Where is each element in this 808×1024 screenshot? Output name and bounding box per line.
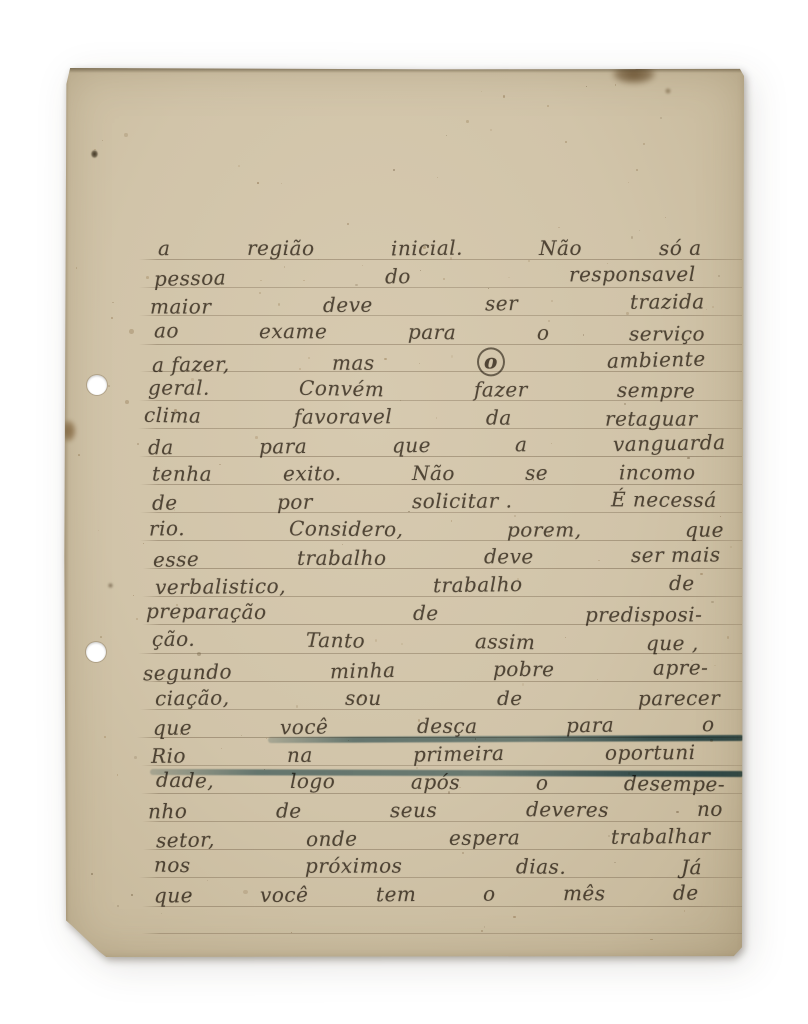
handwriting-word: rio.: [149, 516, 185, 541]
handwriting-word: geral.: [148, 375, 210, 400]
handwriting-word: deve: [323, 293, 373, 318]
paper-freckle: [91, 873, 93, 875]
handwriting-line: aregiãoinicial.Nãosó a: [158, 236, 701, 261]
paper-freckle: [137, 443, 139, 445]
handwriting-line: pessoadoresponsavel: [153, 262, 695, 292]
handwriting-word: segundo: [143, 659, 233, 686]
handwriting-word: se: [525, 460, 548, 485]
paper-freckle: [558, 227, 560, 229]
handwriting-word: região: [247, 236, 315, 261]
paper-freckle: [238, 165, 240, 167]
punch-hole: [87, 375, 107, 395]
stain-mark: [612, 64, 656, 84]
paper-freckle: [112, 302, 114, 304]
handwriting-word: trabalho: [296, 546, 386, 571]
paper-freckle: [124, 133, 127, 137]
handwriting-word: oportuni: [605, 740, 696, 766]
paper-freckle: [481, 91, 482, 92]
handwriting-word: solicitar .: [411, 488, 512, 514]
handwriting-word: tenha: [152, 461, 212, 486]
handwriting-line: quevocêtemomêsde: [154, 881, 699, 909]
handwriting-word: trazida: [630, 290, 705, 315]
handwriting-word: mas: [332, 351, 375, 376]
paper-freckle: [706, 309, 707, 310]
handwriting-word: de: [413, 601, 439, 626]
handwriting-line: rio.Considero,porem,que: [149, 516, 724, 543]
paper-freckle: [94, 149, 96, 151]
handwriting-word: favoravel: [294, 404, 392, 429]
handwriting-word: onde: [306, 827, 358, 853]
paper-freckle: [437, 177, 438, 178]
handwriting-line: nhodeseusdeveresno: [148, 797, 723, 824]
paper-freckle: [720, 516, 721, 517]
paper-freckle: [700, 573, 702, 575]
handwriting-word: clima: [143, 402, 201, 428]
paper-freckle: [503, 95, 505, 98]
handwriting-word: para: [259, 434, 307, 460]
paper-freckle: [257, 182, 259, 184]
rule-line: [142, 933, 742, 934]
handwriting-line: geral.Convémfazersempre: [148, 375, 696, 403]
paper-freckle: [687, 457, 689, 460]
handwriting-line: nospróximosdias.Já: [154, 853, 702, 880]
handwriting-line: deporsolicitar .É necessá: [151, 487, 716, 515]
handwriting-word: que ,: [647, 631, 700, 656]
handwriting-word: Não: [539, 236, 582, 261]
handwriting-word: do: [384, 264, 410, 289]
handwriting-word: para: [565, 712, 614, 738]
paper-freckle: [136, 618, 138, 620]
paper-freckle: [615, 84, 617, 86]
handwriting-word: Tanto: [306, 628, 366, 654]
handwriting-word: trabalho: [432, 572, 522, 598]
paper-freckle: [660, 117, 662, 119]
handwriting-word: para: [408, 320, 457, 346]
paper-freckle: [129, 329, 134, 334]
paper-freckle: [78, 454, 80, 456]
handwriting-word: ser mais: [630, 543, 720, 569]
handwriting-word: primeira: [412, 741, 504, 768]
stain-mark: [61, 420, 76, 442]
handwriting-word: por: [276, 490, 312, 515]
handwriting-word: que: [154, 883, 193, 908]
paper-freckle: [133, 595, 134, 596]
paper-freckle: [207, 880, 208, 881]
handwriting-word: pobre: [494, 656, 556, 681]
paper-freckle: [125, 400, 129, 404]
paper-freckle: [100, 636, 102, 638]
paper-freckle: [639, 230, 640, 231]
handwriting-word: Já: [681, 855, 702, 880]
stain-mark: [91, 150, 98, 158]
handwriting-line: tenhaexito.Nãoseincomo: [152, 460, 695, 487]
handwriting-word: de: [275, 799, 301, 824]
paper-freckle: [718, 275, 720, 277]
paper-freckle: [711, 601, 714, 603]
handwriting-word: maior: [150, 295, 211, 320]
paper-freckle: [565, 141, 567, 143]
handwriting-word: o: [536, 321, 549, 346]
handwriting-word: sempre: [617, 377, 696, 403]
paper-left-edge-shadow: [64, 68, 69, 957]
handwriting-word: nos: [154, 853, 191, 879]
handwriting-line: aoexameparaoserviço: [154, 319, 706, 347]
handwriting-word: minha: [330, 657, 396, 683]
paper-freckle: [727, 636, 729, 639]
handwriting-word: deve: [483, 544, 533, 569]
handwriting-word: Considero,: [289, 516, 404, 542]
handwriting-word: exame: [259, 319, 327, 344]
handwriting-word: retaguar: [604, 406, 697, 431]
paper-freckle: [684, 910, 686, 912]
handwriting-word: ao: [154, 319, 179, 344]
handwriting-word: ção.: [152, 627, 195, 652]
handwriting-word: próximos: [305, 854, 402, 879]
handwriting-word: o: [477, 348, 505, 377]
handwriting-word: esse: [153, 547, 200, 573]
handwriting-word: fazer: [474, 377, 528, 402]
handwriting-word: serviço: [629, 322, 705, 347]
paper-freckle: [636, 169, 638, 171]
paper-freckle: [347, 223, 349, 225]
handwriting-word: ciação,: [155, 685, 230, 711]
paper-freckle: [513, 916, 516, 919]
handwriting-line: ciação,soudeparecer: [155, 685, 720, 710]
handwriting-word: de: [668, 571, 694, 596]
handwriting-line: preparaçãodepredisposi-: [146, 599, 703, 628]
paper-freckle: [161, 913, 162, 914]
handwriting-line: Rionaprimeiraoportuni: [151, 740, 696, 769]
handwriting-word: ser: [485, 291, 519, 317]
handwriting-word: parecer: [638, 685, 720, 711]
paper-freckle: [281, 183, 282, 184]
handwriting-line: segundominhapobreapre-: [143, 655, 708, 686]
handwriting-word: da: [148, 435, 174, 460]
handwriting-word: espera: [449, 825, 520, 851]
handwriting-word: a: [158, 236, 171, 261]
paper-top-edge-shadow: [64, 68, 744, 73]
handwriting-word: inicial.: [391, 236, 463, 262]
paper-freckle: [730, 546, 731, 548]
paper-freckle: [146, 276, 150, 279]
paper-freckle: [624, 403, 626, 404]
handwriting-word: que: [153, 715, 192, 740]
handwriting-word: porem,: [507, 517, 582, 542]
handwriting-word: deveres: [525, 797, 608, 823]
handwriting-word: ambiente: [607, 347, 706, 374]
letter-page: aregiãoinicial.Nãosó apessoadoresponsave…: [64, 68, 744, 957]
paper-freckle: [484, 926, 486, 928]
paper-freckle: [712, 306, 714, 308]
handwriting-word: de: [497, 686, 523, 711]
handwriting-word: você: [260, 883, 309, 908]
paper-freckle: [117, 905, 119, 907]
paper-freckle: [104, 736, 106, 738]
stain-mark: [665, 88, 671, 94]
handwriting-word: incomo: [619, 460, 696, 485]
handwriting-word: de: [151, 490, 177, 515]
paper-freckle: [111, 317, 112, 319]
paper-freckle: [466, 120, 468, 123]
handwriting-word: que: [392, 433, 431, 459]
paper-freckle: [143, 543, 145, 545]
paper-freckle: [108, 385, 110, 387]
handwriting-line: verbalistico,trabalhode: [154, 571, 694, 600]
paper-freckle: [98, 530, 100, 531]
handwriting-line: setor,ondeesperatrabalhar: [156, 824, 711, 853]
handwriting-word: o: [483, 882, 496, 907]
paper-freckle: [665, 217, 666, 218]
handwriting-line: climafavoraveldaretaguar: [144, 403, 697, 432]
paper-freckle: [481, 930, 483, 932]
handwriting-word: sou: [345, 686, 382, 711]
paper-freckle: [446, 135, 447, 136]
handwriting-word: responsavel: [569, 262, 696, 288]
paper-freckle: [650, 939, 652, 941]
paper-freckle: [628, 182, 629, 183]
handwriting-word: no: [696, 797, 722, 822]
paper-freckle: [586, 86, 588, 87]
handwriting-word: setor,: [156, 827, 215, 853]
handwriting-word: na: [286, 743, 312, 768]
paper-freckle: [117, 774, 118, 776]
handwriting-word: da: [485, 405, 511, 430]
handwriting-word: tem: [376, 882, 416, 907]
handwriting-line: daparaqueavanguarda: [148, 430, 725, 460]
handwriting-word: Não: [412, 461, 455, 486]
handwriting-word: que: [685, 518, 724, 543]
handwriting-word: nho: [147, 799, 187, 824]
handwriting-word: assim: [476, 629, 537, 655]
handwriting-word: preparação: [146, 599, 267, 625]
handwriting-word: Convém: [299, 375, 385, 402]
handwriting-word: seus: [389, 798, 436, 823]
handwriting-word: É necessá: [611, 487, 717, 513]
paper-freckle: [131, 894, 133, 896]
scan-background: aregiãoinicial.Nãosó apessoadoresponsave…: [0, 0, 808, 1024]
handwriting-word: predisposi-: [585, 603, 702, 628]
handwriting-word: vanguarda: [613, 430, 726, 457]
handwriting-word: apre-: [653, 655, 709, 680]
handwriting-word: de: [673, 881, 699, 906]
letter-page-wrapper: aregiãoinicial.Nãosó apessoadoresponsave…: [64, 68, 744, 957]
stain-mark: [108, 583, 113, 588]
folded-corner-crease: [64, 933, 109, 969]
handwriting-word: pessoa: [153, 265, 226, 292]
paper-freckle: [547, 105, 549, 107]
paper-freckle: [393, 169, 395, 171]
handwriting-word: a: [516, 432, 529, 457]
handwriting-word: mês: [563, 881, 606, 906]
paper-freckle: [134, 756, 136, 759]
handwriting-word: a fazer,: [152, 352, 230, 378]
handwriting-word: só a: [659, 236, 702, 261]
handwriting-word: trabalhar: [611, 824, 711, 850]
paper-freckle: [643, 143, 645, 145]
handwriting-line: ção.Tantoassimque ,: [152, 627, 699, 657]
paper-freckle: [102, 140, 104, 142]
handwriting-word: desça: [417, 714, 478, 739]
handwriting-word: verbalistico,: [154, 574, 285, 600]
punch-hole: [86, 642, 106, 662]
paper-freckle: [76, 267, 78, 268]
paper-freckle: [714, 665, 715, 666]
paper-freckle: [490, 129, 492, 131]
handwriting-word: Rio: [151, 743, 186, 768]
handwriting-word: o: [702, 712, 715, 737]
handwriting-word: dias.: [516, 854, 567, 880]
handwriting-word: exito.: [283, 461, 342, 486]
